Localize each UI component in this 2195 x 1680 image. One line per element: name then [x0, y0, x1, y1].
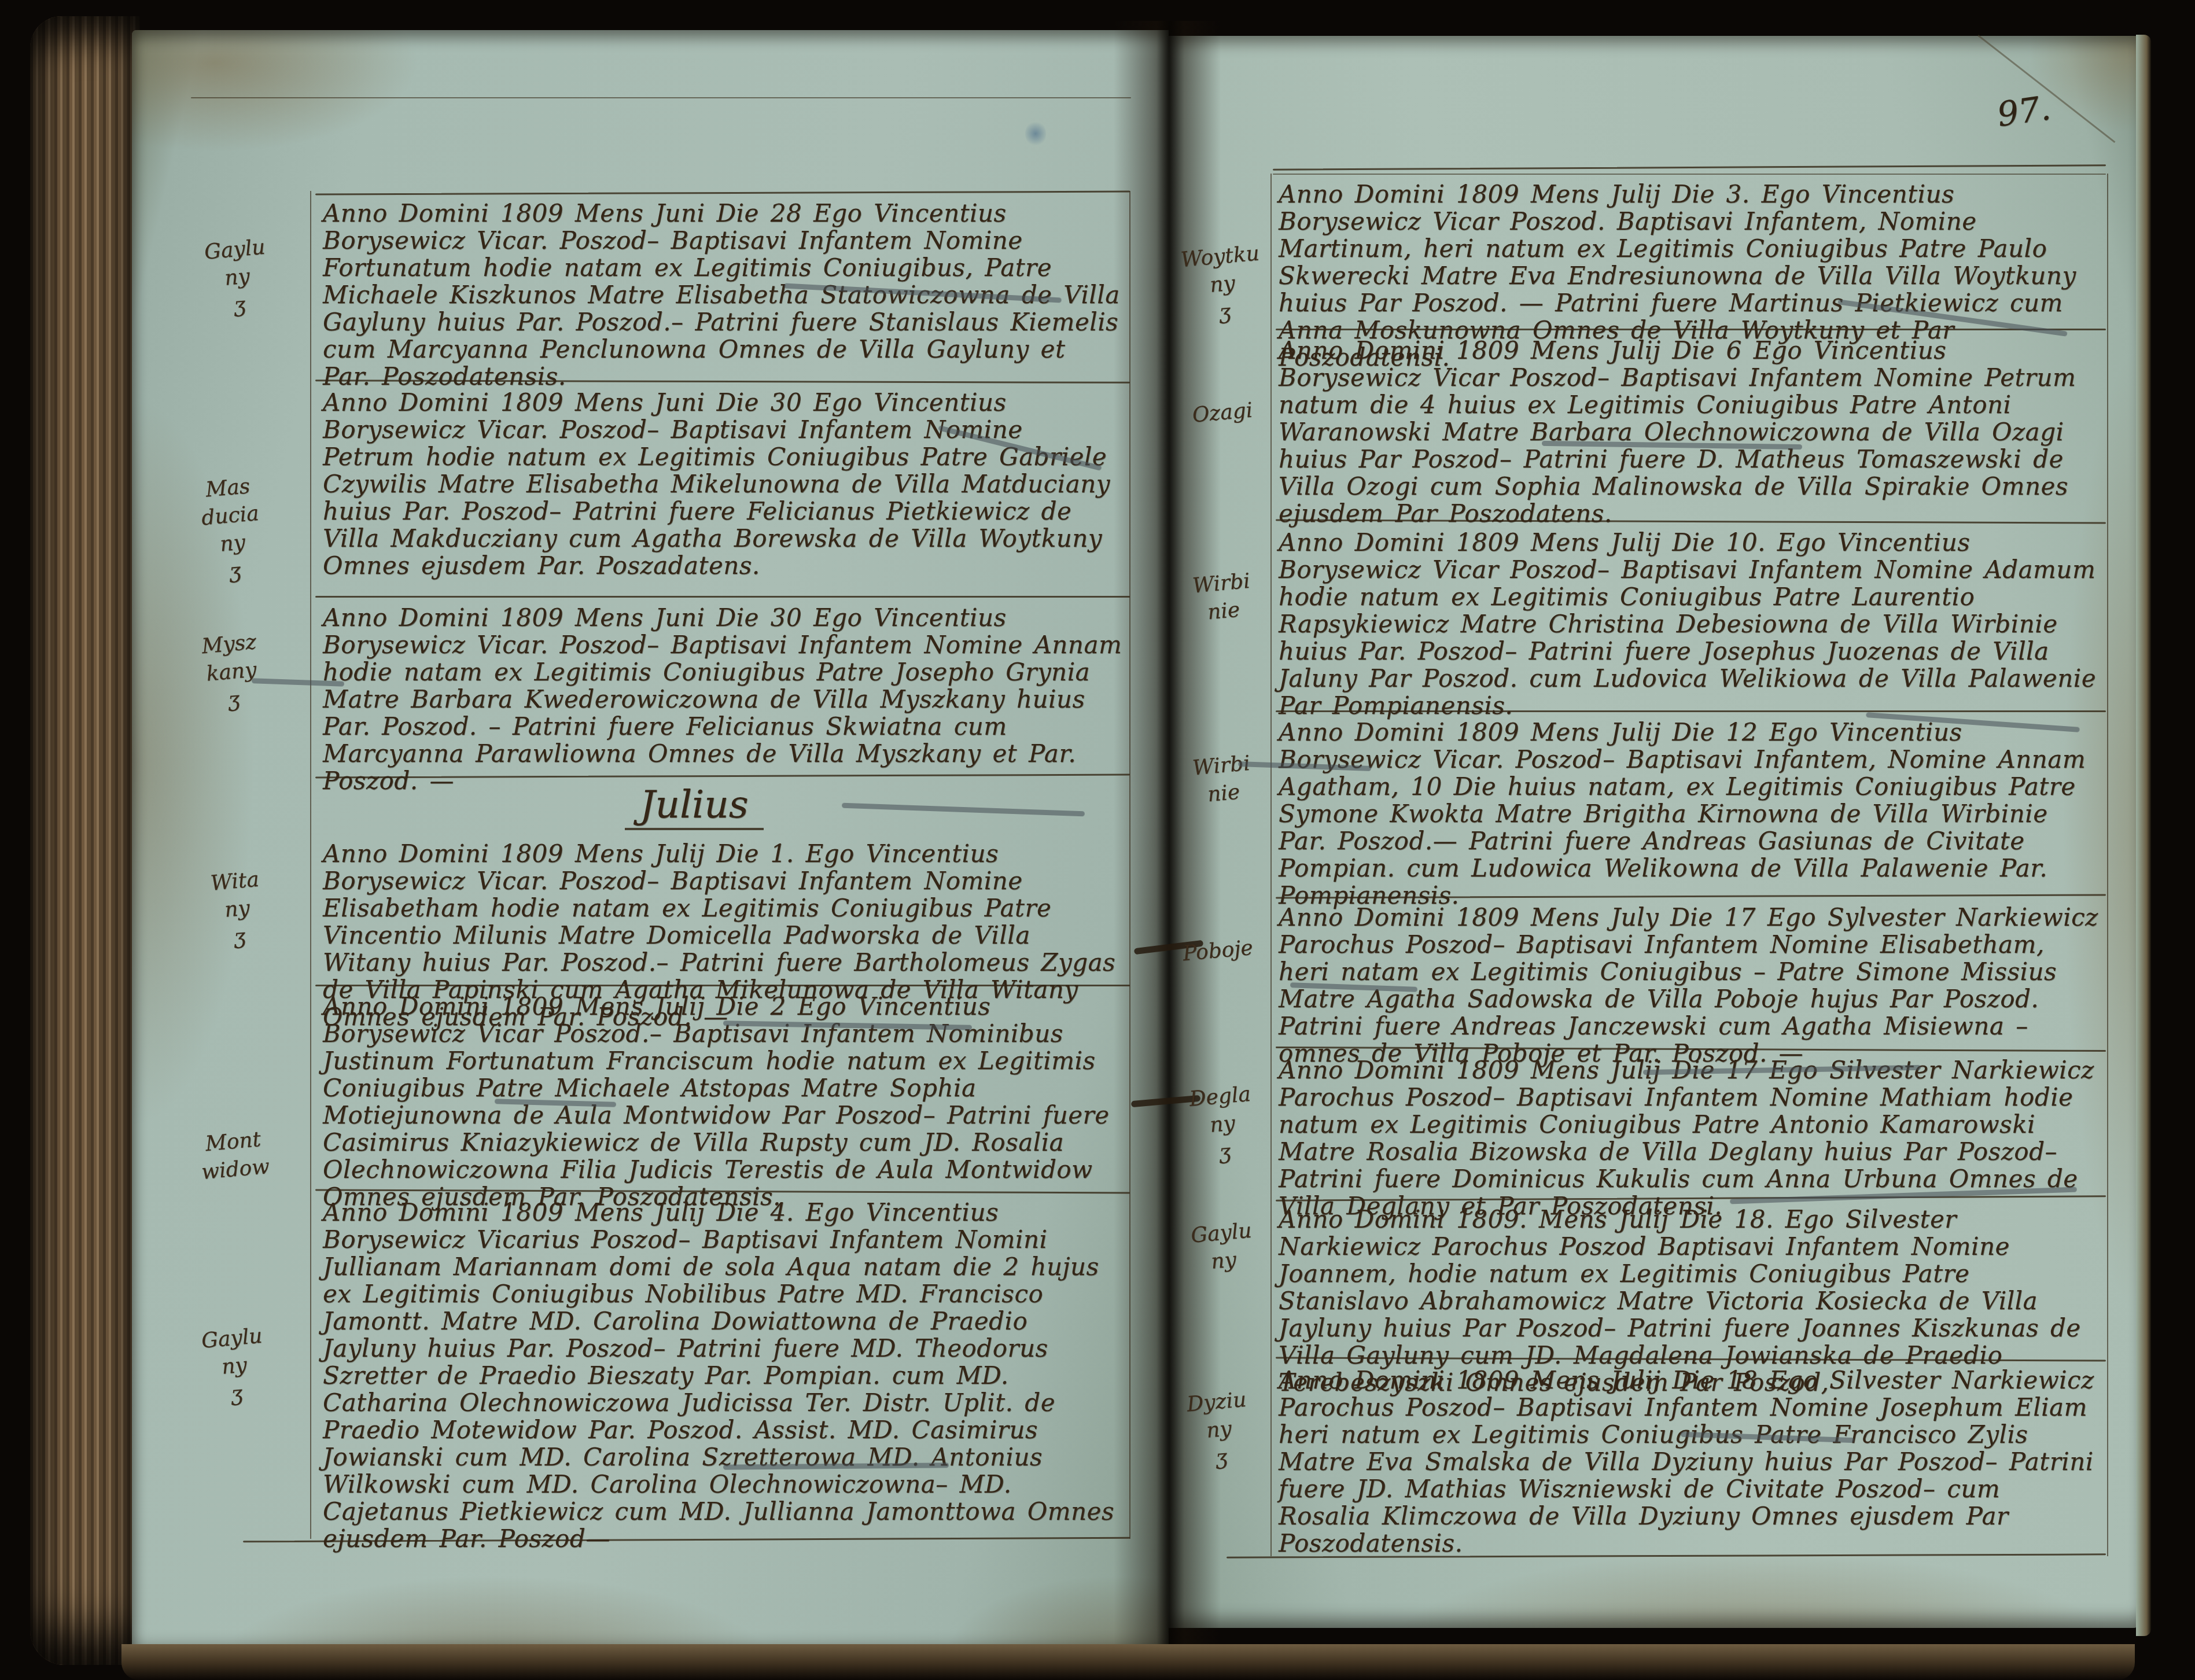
- rule-line: [1273, 174, 2106, 175]
- margin-village-label: Gaylu ny: [1165, 1215, 1280, 1280]
- margin-village-label: Gaylu ny ʒ: [167, 1320, 301, 1414]
- baptism-entry: Anno Domini 1809 Mens Julij Die 18 Ego S…: [1279, 1366, 2100, 1557]
- rule-line: [191, 97, 1131, 98]
- text-frame-line: [1129, 191, 1130, 1539]
- photograph-of-parish-register: 97. Gaylu ny ʒ Mas ducia ny ʒ Mysz kany …: [0, 0, 2195, 1680]
- margin-village-label: Wirbi nie: [1165, 747, 1280, 812]
- margin-village-label: Wita ny ʒ: [170, 863, 304, 957]
- baptism-entry: Anno Domini 1809 Mens Juni Die 30 Ego Vi…: [323, 389, 1124, 579]
- margin-village-label: Mont widow: [165, 1122, 303, 1189]
- book-bottom-edge: [121, 1644, 2135, 1680]
- rule-line: [315, 596, 1130, 598]
- margin-village-label: Wirbi nie: [1165, 565, 1280, 630]
- book-page-stack-edge: [30, 16, 140, 1665]
- margin-village-label: Mas ducia ny ʒ: [163, 469, 300, 591]
- baptism-entry: Anno Domini 1809 Mens Julij Die 10. Ego …: [1279, 529, 2100, 719]
- margin-divider-line: [310, 191, 311, 1539]
- baptism-entry: Anno Domini 1809 Mens Julij Die 4. Ego V…: [323, 1199, 1124, 1552]
- baptism-entry: Anno Domini 1809 Mens Juni Die 30 Ego Vi…: [323, 604, 1124, 794]
- margin-village-label: Degla ny ʒ: [1164, 1078, 1281, 1171]
- text-frame-line: [2107, 174, 2108, 1556]
- baptism-entry: Anno Domini 1809 Mens July Die 17 Ego Sy…: [1279, 904, 2100, 1067]
- margin-divider-line: [1270, 174, 1272, 1556]
- baptism-entry: Anno Domini 1809 Mens Julij Die 6 Ego Vi…: [1279, 337, 2100, 527]
- page-number: 97.: [1995, 88, 2053, 134]
- ink-smudge: [1025, 120, 1046, 147]
- baptism-entry: Anno Domini 1809 Mens Julij Die 12 Ego V…: [1279, 719, 2100, 909]
- margin-village-label: Gaylu ny ʒ: [170, 231, 304, 325]
- right-page-fore-edge: [2136, 35, 2151, 1636]
- margin-village-label: Mysz kany ʒ: [164, 625, 299, 720]
- month-header: Julius: [625, 782, 764, 830]
- margin-village-label: Woytku ny ʒ: [1164, 238, 1281, 331]
- margin-village-label: Dyziu ny ʒ: [1161, 1384, 1277, 1476]
- baptism-entry: Anno Domini 1809 Mens Julij Die 2 Ego Vi…: [323, 993, 1124, 1210]
